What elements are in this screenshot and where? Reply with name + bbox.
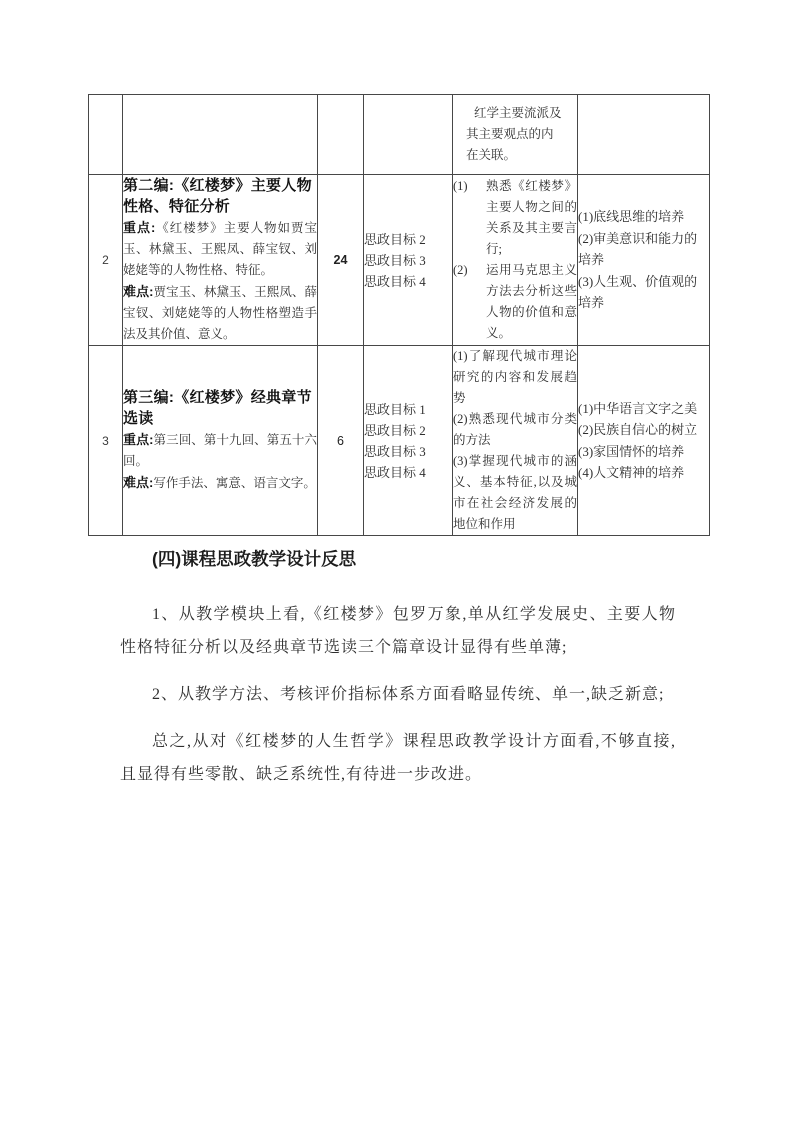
objective-item: (2) 运用马克思主义方法去分析这些人物的价值和意义。 [453,260,577,344]
section-heading: (四)课程思政教学设计反思 [120,546,676,572]
targets-cell: 思政目标 2 思政目标 3 思政目标 4 [364,175,453,346]
key-points: 重点:《红楼梦》主要人物如贾宝玉、林黛玉、王熙凤、薛宝钗、刘姥姥等的人物性格、特… [123,217,317,281]
objective-text: 熟悉《红楼梦》主要人物之间的关系及其主要言行; [486,176,577,260]
target-item: 思政目标 3 [364,441,452,462]
row-number-cell: 3 [89,346,123,536]
content-cell: 第三编:《红楼梦》经典章节选读 重点:第三回、第十九回、第五十六回。 难点:写作… [123,346,318,536]
element-item: (3)家国情怀的培养 [578,441,709,463]
difficult-points-label: 难点: [123,475,153,490]
target-item: 思政目标 2 [364,420,452,441]
objective-item: (1) 熟悉《红楼梦》主要人物之间的关系及其主要言行; [453,176,577,260]
reflection-paragraph-3: 总之,从对《红楼梦的人生哲学》课程思政教学设计方面看,不够直接,且显得有些零散、… [120,725,676,791]
continuation-line: 在关联。 [453,145,577,166]
difficult-points-text: 写作手法、寓意、语言文字。 [153,476,316,490]
table-row-3: 3 第三编:《红楼梦》经典章节选读 重点:第三回、第十九回、第五十六回。 难点:… [89,346,710,536]
objective-item: (2)熟悉现代城市分类的方法 [453,409,577,451]
continuation-line: 其主要观点的内 [453,124,577,145]
elements-cell-empty [578,95,710,175]
targets-cell-empty [364,95,453,175]
hours-cell: 6 [318,346,364,536]
reflection-paragraph-2: 2、从教学方法、考核评价指标体系方面看略显传统、单一,缺乏新意; [120,678,676,711]
key-points: 重点:第三回、第十九回、第五十六回。 [123,429,317,472]
module-title: 第二编:《红楼梦》主要人物性格、特征分析 [123,175,317,217]
elements-cell: (1)底线思维的培养 (2)审美意识和能力的培养 (3)人生观、价值观的培养 [578,175,710,346]
element-item: (4)人文精神的培养 [578,462,709,484]
difficult-points-text: 贾宝玉、林黛玉、王熙凤、薛宝钗、刘姥姥等的人物性格塑造手法及其价值、意义。 [123,285,317,341]
objective-number: (1) [453,176,486,260]
difficult-points: 难点:写作手法、寓意、语言文字。 [123,472,317,494]
element-item: (1)中华语言文字之美 [578,398,709,420]
element-item: (3)人生观、价值观的培养 [578,271,709,314]
document-page: 红学主要流派及 其主要观点的内 在关联。 2 第二编:《红楼梦》主要人物性格、特… [0,0,793,1123]
target-item: 思政目标 3 [364,250,452,271]
hours-cell: 24 [318,175,364,346]
objectives-cell-continuation: 红学主要流派及 其主要观点的内 在关联。 [453,95,578,175]
objective-item: (3)掌握现代城市的涵义、基本特征,以及城市在社会经济发展的地位和作用 [453,451,577,535]
target-item: 思政目标 4 [364,462,452,483]
content-cell-empty [123,95,318,175]
difficult-points: 难点:贾宝玉、林黛玉、王熙凤、薛宝钗、刘姥姥等的人物性格塑造手法及其价值、意义。 [123,281,317,345]
objective-text: 运用马克思主义方法去分析这些人物的价值和意义。 [486,260,577,344]
difficult-points-label: 难点: [123,284,153,299]
row-number-cell-empty [89,95,123,175]
course-schedule-table: 红学主要流派及 其主要观点的内 在关联。 2 第二编:《红楼梦》主要人物性格、特… [88,94,710,536]
objective-number: (2) [453,260,486,344]
elements-cell: (1)中华语言文字之美 (2)民族自信心的树立 (3)家国情怀的培养 (4)人文… [578,346,710,536]
hours-cell-empty [318,95,364,175]
key-points-label: 重点: [123,432,153,447]
module-title: 第三编:《红楼梦》经典章节选读 [123,387,317,429]
target-item: 思政目标 4 [364,271,452,292]
objectives-cell: (1)了解现代城市理论研究的内容和发展趋势 (2)熟悉现代城市分类的方法 (3)… [453,346,578,536]
target-item: 思政目标 1 [364,399,452,420]
targets-cell: 思政目标 1 思政目标 2 思政目标 3 思政目标 4 [364,346,453,536]
key-points-text: 第三回、第十九回、第五十六回。 [123,433,317,468]
element-item: (2)审美意识和能力的培养 [578,228,709,271]
content-cell: 第二编:《红楼梦》主要人物性格、特征分析 重点:《红楼梦》主要人物如贾宝玉、林黛… [123,175,318,346]
objective-item: (1)了解现代城市理论研究的内容和发展趋势 [453,346,577,409]
objectives-cell: (1) 熟悉《红楼梦》主要人物之间的关系及其主要言行; (2) 运用马克思主义方… [453,175,578,346]
table-row-continuation: 红学主要流派及 其主要观点的内 在关联。 [89,95,710,175]
target-item: 思政目标 2 [364,229,452,250]
element-item: (2)民族自信心的树立 [578,419,709,441]
row-number-cell: 2 [89,175,123,346]
continuation-line: 红学主要流派及 [453,103,577,124]
key-points-label: 重点: [123,220,155,235]
table-row-2: 2 第二编:《红楼梦》主要人物性格、特征分析 重点:《红楼梦》主要人物如贾宝玉、… [89,175,710,346]
element-item: (1)底线思维的培养 [578,206,709,228]
reflection-paragraph-1: 1、从教学模块上看,《红楼梦》包罗万象,单从红学发展史、主要人物性格特征分析以及… [120,598,676,664]
reflection-section: (四)课程思政教学设计反思 1、从教学模块上看,《红楼梦》包罗万象,单从红学发展… [120,546,676,805]
